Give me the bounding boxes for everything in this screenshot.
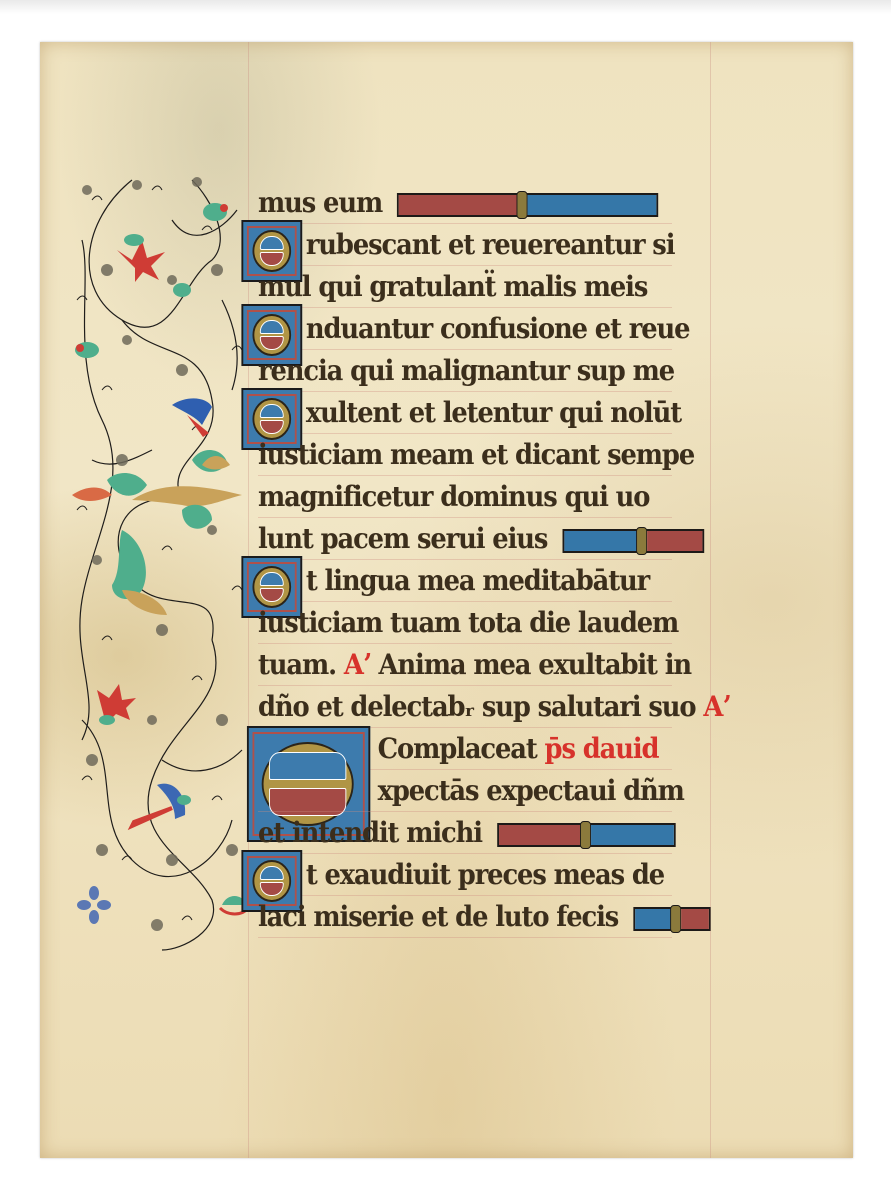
rubric-antiphon-mark: Aʼ <box>344 648 371 681</box>
text-line: magnificetur dominus qui uo <box>258 476 672 518</box>
line-filler <box>397 193 658 217</box>
text-line-content: laci miserie et de luto fecis <box>258 900 618 933</box>
text-line-content: Anima mea exultabit in <box>379 648 691 681</box>
text-line: et intendit michi <box>258 812 672 854</box>
text-line: nduantur confusione et reue <box>258 308 672 350</box>
line-filler <box>633 907 710 931</box>
text-line-content: mus eum <box>258 186 382 219</box>
text-line: mus eum <box>258 182 672 224</box>
text-line-content: rubescant et reuereantur si <box>306 228 675 261</box>
line-filler <box>563 529 705 553</box>
text-line: iusticiam tuam tota die laudem <box>258 602 672 644</box>
text-line: rubescant et reuereantur si <box>258 224 672 266</box>
text-line-content: t exaudiuit preces meas de <box>306 858 664 891</box>
text-line-content: xultent et letentur qui nolūt <box>306 396 681 429</box>
rubric-psalm-heading: p̄s dauid <box>545 732 659 765</box>
text-line-content: et intendit michi <box>258 816 482 849</box>
text-line-content: Complaceat <box>378 732 537 765</box>
text-line-content: magnificetur dominus qui uo <box>258 480 649 513</box>
text-line-content: dño et delectabᵣ sup salutari suo <box>258 690 695 723</box>
text-line-content: iusticiam meam et dicant sempe <box>258 438 694 471</box>
text-line: Complaceat p̄s dauid <box>258 728 672 770</box>
ruling-line-right <box>710 42 711 1158</box>
line-filler <box>497 823 675 847</box>
text-line: lunt pacem serui eius <box>258 518 672 560</box>
text-line-content: nduantur confusione et reue <box>306 312 690 345</box>
text-line-content: lunt pacem serui eius <box>258 522 547 555</box>
floral-border-decoration <box>62 160 252 960</box>
text-line: t lingua mea meditabātur <box>258 560 672 602</box>
text-line: rencia qui malignantur sup me <box>258 350 672 392</box>
scan-top-shadow <box>0 0 891 14</box>
text-block: mus eum rubescant et reuereantur si mul … <box>258 182 708 938</box>
text-line-content: rencia qui malignantur sup me <box>258 354 674 387</box>
text-line: xultent et letentur qui nolūt <box>258 392 672 434</box>
rubric-antiphon-mark: Aʼ <box>703 690 730 723</box>
text-line: tuam. Aʼ Anima mea exultabit in <box>258 644 672 686</box>
text-line-content: tuam. <box>258 648 336 681</box>
text-line: dño et delectabᵣ sup salutari suo Aʼ <box>258 686 672 728</box>
text-line: xpectās expectaui dñm <box>258 770 672 812</box>
text-line-content: iusticiam tuam tota die laudem <box>258 606 678 639</box>
text-line-content: mul qui gratulanẗ malis meis <box>258 270 647 303</box>
text-line: t exaudiuit preces meas de <box>258 854 672 896</box>
text-line: laci miserie et de luto fecis <box>258 896 672 938</box>
text-line: iusticiam meam et dicant sempe <box>258 434 672 476</box>
text-line-content: xpectās expectaui dñm <box>378 774 684 807</box>
text-line-content: t lingua mea meditabātur <box>306 564 649 597</box>
text-line: mul qui gratulanẗ malis meis <box>258 266 672 308</box>
